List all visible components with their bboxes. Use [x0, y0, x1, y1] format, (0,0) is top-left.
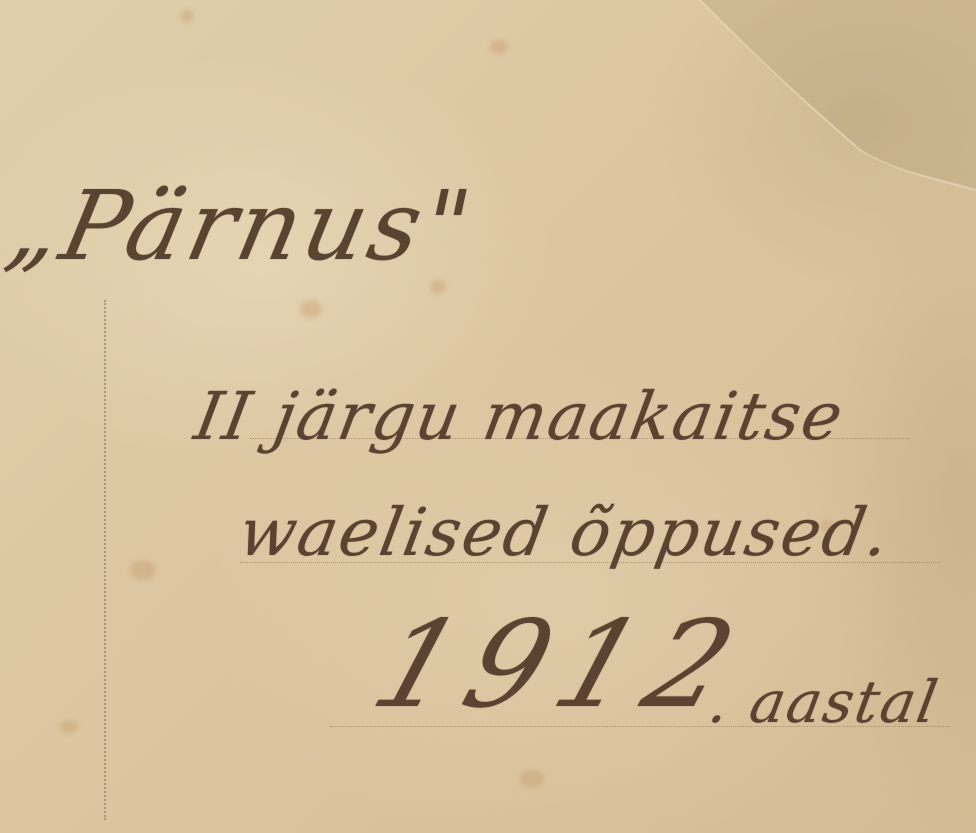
foxing-spot	[180, 10, 194, 22]
foxing-spot	[130, 560, 156, 580]
left-margin-dotted-rule	[104, 300, 106, 820]
text-line-unit: II järgu maakaitse	[189, 378, 850, 455]
foxing-spot	[490, 40, 508, 54]
text-line-exercises: waelised õppused.	[233, 494, 897, 571]
foxing-spot	[60, 720, 78, 734]
document-title: „Pärnus"	[0, 170, 484, 282]
year: 1912	[357, 596, 764, 735]
foxing-spot	[300, 300, 322, 318]
foxing-spot	[430, 280, 446, 294]
aged-paper-page: „Pärnus" II järgu maakaitse waelised õpp…	[0, 0, 976, 833]
year-suffix: . aastal	[704, 668, 944, 736]
foxing-spot	[520, 770, 544, 788]
